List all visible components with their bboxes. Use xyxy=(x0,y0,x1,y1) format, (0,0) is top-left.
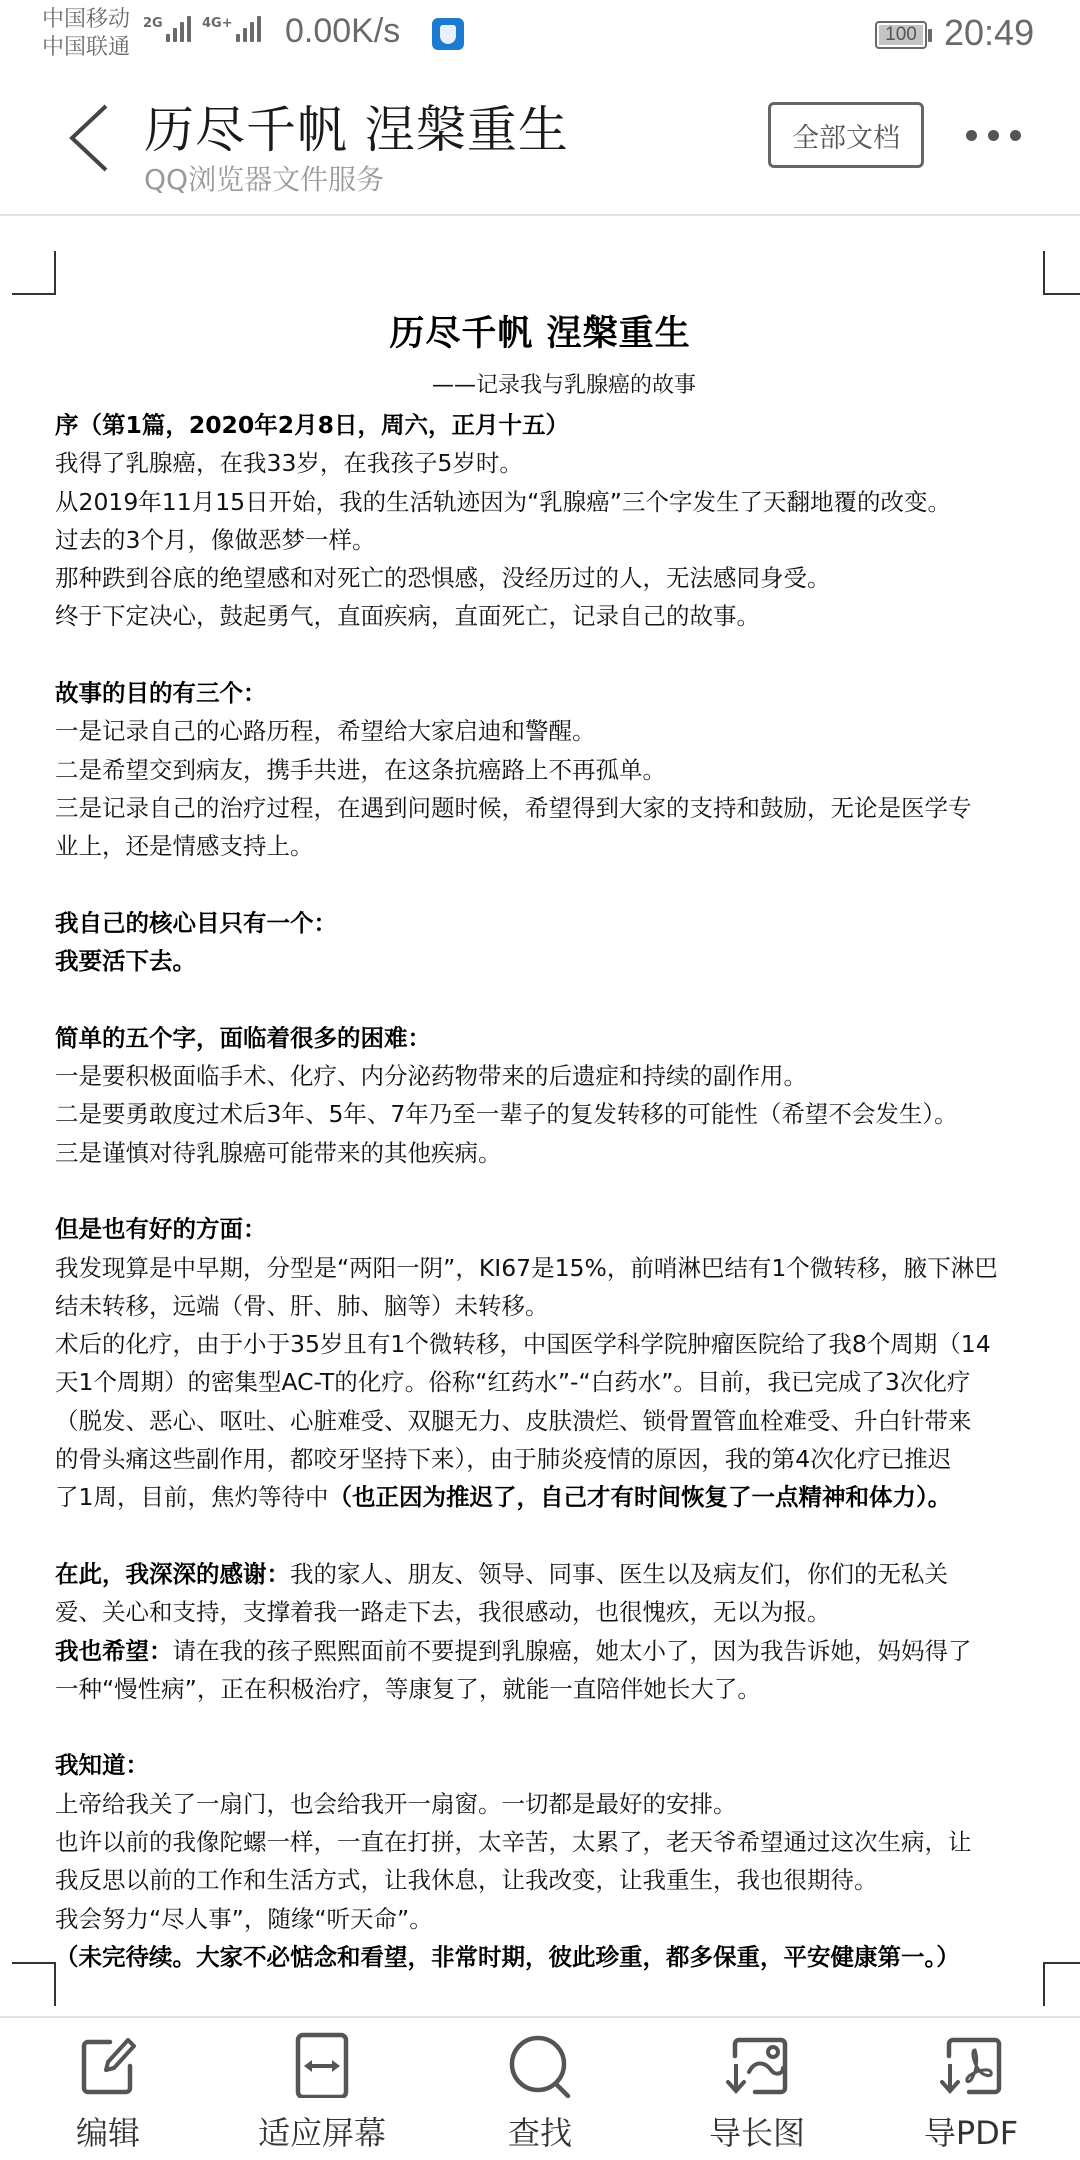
document-line-text: 从2019年11月15日开始，我的生活轨迹因为“乳腺癌”三个字发生了天翻地覆的改… xyxy=(55,488,951,516)
document-line: 我反思以前的工作和生活方式，让我休息，让我改变，让我重生，我也很期待。 xyxy=(55,1861,1045,1899)
document-line: 序（第1篇，2020年2月8日，周六，正月十五） xyxy=(55,406,1045,444)
document-line-text: 一是要积极面临手术、化疗、内分泌药物带来的后遗症和持续的副作用。 xyxy=(55,1062,807,1090)
document-line: 也许以前的我像陀螺一样，一直在打拼，太辛苦，太累了，老天爷希望通过这次生病，让 xyxy=(55,1823,1045,1861)
document-subtitle: ——记录我与乳腺癌的故事 xyxy=(432,368,696,399)
battery-tip xyxy=(928,29,932,42)
search-button[interactable]: 查找 xyxy=(440,2032,640,2154)
document-line: 我发现算是中早期，分型是“两阳一阴”，KI67是15%，前哨淋巴结有1个微转移，… xyxy=(55,1249,1045,1287)
edit-button[interactable]: 编辑 xyxy=(8,2032,208,2154)
document-line-bold: （未完待续。大家不必惦念和看望，非常时期，彼此珍重，都多保重，平安健康第一。） xyxy=(55,1943,960,1971)
document-line-text: 终于下定决心，鼓起勇气，直面疾病，直面死亡，记录自己的故事。 xyxy=(55,602,760,630)
document-line-text: （脱发、恶心、呕吐、心脏难受、双腿无力、皮肤溃烂、锁骨置管血栓难受、升白针带来 xyxy=(55,1407,972,1435)
document-line: 那种跌到谷底的绝望感和对死亡的恐惧感，没经历过的人，无法感同身受。 xyxy=(55,559,1045,597)
battery-level: 100 xyxy=(879,25,923,45)
document-body: 序（第1篇，2020年2月8日，周六，正月十五）我得了乳腺癌，在我33岁，在我孩… xyxy=(55,406,1045,1976)
document-line: 术后的化疗，由于小于35岁且有1个微转移，中国医学科学院肿瘤医院给了我8个周期（… xyxy=(55,1325,1045,1363)
document-line-bold: 但是也有好的方面： xyxy=(55,1215,267,1243)
document-line: 我得了乳腺癌，在我33岁，在我孩子5岁时。 xyxy=(55,444,1045,482)
document-line-text: 天1个周期）的密集型AC-T的化疗。俗称“红药水”-“白药水”。目前，我已完成了… xyxy=(55,1368,970,1396)
clock: 20:49 xyxy=(944,12,1034,54)
document-line-text: 过去的3个月，像做恶梦一样。 xyxy=(55,526,375,554)
document-line-text: 我得了乳腺癌，在我33岁，在我孩子5岁时。 xyxy=(55,449,523,477)
document-line: （未完待续。大家不必惦念和看望，非常时期，彼此珍重，都多保重，平安健康第一。） xyxy=(55,1938,1045,1976)
security-shield-icon xyxy=(432,18,464,50)
back-button[interactable] xyxy=(62,102,122,172)
header-subtitle: QQ浏览器文件服务 xyxy=(144,158,384,198)
document-line: 结未转移，远端（骨、肝、肺、脑等）未转移。 xyxy=(55,1287,1045,1325)
document-line-bold: 简单的五个字，面临着很多的困难： xyxy=(55,1024,431,1052)
document-line: 终于下定决心，鼓起勇气，直面疾病，直面死亡，记录自己的故事。 xyxy=(55,597,1045,635)
edit-icon xyxy=(76,2032,140,2098)
page-corner-mark xyxy=(1043,1962,1080,2006)
document-line: 一种“慢性病”，正在积极治疗，等康复了，就能一直陪伴她长大了。 xyxy=(55,1670,1045,1708)
document-line-text: 结未转移，远端（骨、肝、肺、脑等）未转移。 xyxy=(55,1292,549,1320)
signal-4g-icon: 4G+ xyxy=(202,16,264,42)
document-line: 简单的五个字，面临着很多的困难： xyxy=(55,1019,1045,1057)
document-line-text: 一是记录自己的心路历程，希望给大家启迪和警醒。 xyxy=(55,717,596,745)
export-long-image-button[interactable]: 导长图 xyxy=(657,2032,857,2154)
document-line xyxy=(55,1708,1045,1746)
bottom-toolbar: 编辑 适应屏幕 查找 导长图 xyxy=(0,2016,1080,2160)
more-options-button[interactable] xyxy=(966,130,1021,141)
document-line: 过去的3个月，像做恶梦一样。 xyxy=(55,521,1045,559)
document-line-bold: 故事的目的有三个： xyxy=(55,679,267,707)
more-dots-icon xyxy=(966,130,977,141)
document-line-text: 我的家人、朋友、领导、同事、医生以及病友们，你们的无私关 xyxy=(290,1560,948,1588)
document-line xyxy=(55,866,1045,904)
header-title: 历尽千帆 涅槃重生 xyxy=(144,90,569,162)
document-line: 三是记录自己的治疗过程，在遇到问题时候，希望得到大家的支持和鼓励，无论是医学专 xyxy=(55,789,1045,827)
document-line-text: 三是谨慎对待乳腺癌可能带来的其他疾病。 xyxy=(55,1139,502,1167)
document-line-text: 那种跌到谷底的绝望感和对死亡的恐惧感，没经历过的人，无法感同身受。 xyxy=(55,564,831,592)
document-line: 在此，我深深的感谢：我的家人、朋友、领导、同事、医生以及病友们，你们的无私关 xyxy=(55,1555,1045,1593)
document-line: 我会努力“尽人事”，随缘“听天命”。 xyxy=(55,1900,1045,1938)
export-pdf-button[interactable]: 导PDF xyxy=(871,2032,1071,2154)
fit-screen-icon xyxy=(290,2032,354,2098)
document-line: 但是也有好的方面： xyxy=(55,1210,1045,1248)
document-line: 我也希望：请在我的孩子熙熙面前不要提到乳腺癌，她太小了，因为我告诉她，妈妈得了 xyxy=(55,1632,1045,1670)
document-line-text: 也许以前的我像陀螺一样，一直在打拼，太辛苦，太累了，老天爷希望通过这次生病，让 xyxy=(55,1828,972,1856)
document-line-text: 了1周，目前，焦灼等待中 xyxy=(55,1483,328,1511)
document-line: 从2019年11月15日开始，我的生活轨迹因为“乳腺癌”三个字发生了天翻地覆的改… xyxy=(55,483,1045,521)
carrier-names: 中国移动 中国联通 xyxy=(42,6,130,62)
fit-screen-button[interactable]: 适应屏幕 xyxy=(222,2032,422,2154)
carrier-1: 中国移动 xyxy=(42,6,130,34)
document-line-bold: 我知道： xyxy=(55,1751,149,1779)
document-line xyxy=(55,636,1045,674)
document-line-bold: 序（第1篇，2020年2月8日，周六，正月十五） xyxy=(55,411,569,439)
document-line: 了1周，目前，焦灼等待中（也正因为推迟了，自己才有时间恢复了一点精神和体力）。 xyxy=(55,1478,1045,1516)
all-documents-button[interactable]: 全部文档 xyxy=(768,102,924,168)
document-line xyxy=(55,1517,1045,1555)
document-line xyxy=(55,980,1045,1018)
document-line-text: 上帝给我关了一扇门，也会给我开一扇窗。一切都是最好的安排。 xyxy=(55,1790,737,1818)
document-line: 二是希望交到病友，携手共进，在这条抗癌路上不再孤单。 xyxy=(55,751,1045,789)
export-pdf-icon xyxy=(939,2032,1003,2098)
page-corner-mark xyxy=(12,1962,56,2006)
document-line: 故事的目的有三个： xyxy=(55,674,1045,712)
document-line-text: 二是要勇敢度过术后3年、5年、7年乃至一辈子的复发转移的可能性（希望不会发生）。 xyxy=(55,1100,958,1128)
page-corner-mark xyxy=(12,251,56,295)
document-line-text: 二是希望交到病友，携手共进，在这条抗癌路上不再孤单。 xyxy=(55,756,666,784)
document-line: 爱、关心和支持，支撑着我一路走下去，我很感动，也很愧疚，无以为报。 xyxy=(55,1593,1045,1631)
document-line: 业上，还是情感支持上。 xyxy=(55,827,1045,865)
document-line-bold: 在此，我深深的感谢： xyxy=(55,1560,290,1588)
document-line-bold: 我也希望： xyxy=(55,1637,173,1665)
document-line: 的骨头痛这些副作用，都咬牙坚持下来），由于肺炎疫情的原因，我的第4次化疗已推迟 xyxy=(55,1440,1045,1478)
document-line-text: 请在我的孩子熙熙面前不要提到乳腺癌，她太小了，因为我告诉她，妈妈得了 xyxy=(173,1637,972,1665)
document-line-text: 爱、关心和支持，支撑着我一路走下去，我很感动，也很愧疚，无以为报。 xyxy=(55,1598,831,1626)
export-long-image-icon xyxy=(725,2032,789,2098)
document-line: 上帝给我关了一扇门，也会给我开一扇窗。一切都是最好的安排。 xyxy=(55,1785,1045,1823)
document-title: 历尽千帆 涅槃重生 xyxy=(0,306,1080,356)
chevron-left-icon xyxy=(62,102,122,172)
document-line: 三是谨慎对待乳腺癌可能带来的其他疾病。 xyxy=(55,1134,1045,1172)
document-line: 我自己的核心目只有一个： xyxy=(55,904,1045,942)
document-line-text: 的骨头痛这些副作用，都咬牙坚持下来），由于肺炎疫情的原因，我的第4次化疗已推迟 xyxy=(55,1445,951,1473)
document-line-bold: 我要活下去。 xyxy=(55,947,196,975)
document-line: 我知道： xyxy=(55,1746,1045,1784)
status-bar: 中国移动 中国联通 2G 4G+ 0.00K/s 100 20:49 xyxy=(0,0,1080,72)
document-line-text: 一种“慢性病”，正在积极治疗，等康复了，就能一直陪伴她长大了。 xyxy=(55,1675,761,1703)
document-line: 一是记录自己的心路历程，希望给大家启迪和警醒。 xyxy=(55,712,1045,750)
document-line-bold: （也正因为推迟了，自己才有时间恢复了一点精神和体力）。 xyxy=(328,1483,951,1511)
battery-icon: 100 xyxy=(875,21,927,49)
search-icon xyxy=(508,2032,572,2098)
document-line-text: 我会努力“尽人事”，随缘“听天命”。 xyxy=(55,1905,433,1933)
document-line-text: 我发现算是中早期，分型是“两阳一阴”，KI67是15%，前哨淋巴结有1个微转移，… xyxy=(55,1254,998,1282)
document-line-text: 三是记录自己的治疗过程，在遇到问题时候，希望得到大家的支持和鼓励，无论是医学专 xyxy=(55,794,972,822)
document-line-text: 我反思以前的工作和生活方式，让我休息，让我改变，让我重生，我也很期待。 xyxy=(55,1866,878,1894)
document-line-bold: 我自己的核心目只有一个： xyxy=(55,909,337,937)
document-line: 我要活下去。 xyxy=(55,942,1045,980)
document-line: 二是要勇敢度过术后3年、5年、7年乃至一辈子的复发转移的可能性（希望不会发生）。 xyxy=(55,1095,1045,1133)
document-line xyxy=(55,1172,1045,1210)
app-header: 历尽千帆 涅槃重生 QQ浏览器文件服务 全部文档 xyxy=(0,72,1080,216)
document-line: 一是要积极面临手术、化疗、内分泌药物带来的后遗症和持续的副作用。 xyxy=(55,1057,1045,1095)
signal-2g-icon: 2G xyxy=(143,16,194,42)
page-corner-mark xyxy=(1043,251,1080,295)
net-speed: 0.00K/s xyxy=(285,12,400,51)
document-line-text: 术后的化疗，由于小于35岁且有1个微转移，中国医学科学院肿瘤医院给了我8个周期（… xyxy=(55,1330,991,1358)
document-line: 天1个周期）的密集型AC-T的化疗。俗称“红药水”-“白药水”。目前，我已完成了… xyxy=(55,1363,1045,1401)
carrier-2: 中国联通 xyxy=(42,34,130,62)
document-line-text: 业上，还是情感支持上。 xyxy=(55,832,314,860)
document-line: （脱发、恶心、呕吐、心脏难受、双腿无力、皮肤溃烂、锁骨置管血栓难受、升白针带来 xyxy=(55,1402,1045,1440)
